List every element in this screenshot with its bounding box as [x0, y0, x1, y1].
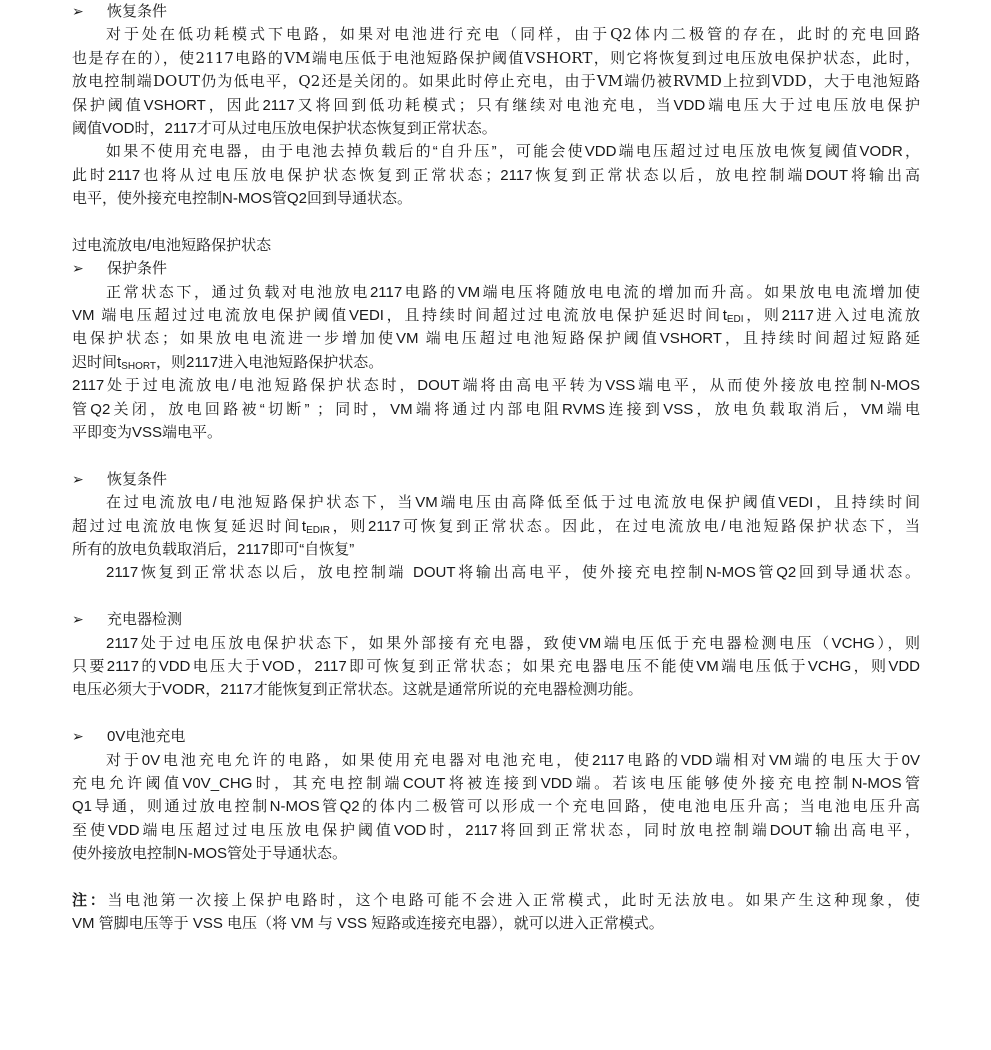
- document-page: ➢恢复条件 对于处在低功耗模式下电路，如果对电池进行充电（同样，由于Q2体内二极…: [72, 0, 920, 936]
- paragraph-line: 充电允许阈值V0V_CHG时，其充电控制端COUT将被连接到VDD端。若该电压能…: [72, 772, 920, 795]
- paragraph-line: 2117处于过电压放电保护状态下，如果外部接有充电器，致使VM端电压低于充电器检…: [72, 632, 920, 655]
- bullet-heading-recovery-2: ➢恢复条件: [72, 468, 920, 491]
- paragraph-line: 保护阈值VSHORT，因此2117又将回到低功耗模式；只有继续对电池充电，当VD…: [72, 94, 920, 117]
- paragraph-line: 电保护状态；如果放电电流进一步增加使VM 端电压超过电池短路保护阈值VSHORT…: [72, 327, 920, 350]
- paragraph-line: 对于0V电池充电允许的电路，如果使用充电器对电池充电，使2117电路的VDD端相…: [72, 749, 920, 772]
- paragraph-line: 至使VDD端电压超过过电压放电保护阈值VOD时，2117将回到正常状态，同时放电…: [72, 819, 920, 842]
- arrow-bullet-icon: ➢: [72, 609, 107, 632]
- spacer: [72, 865, 920, 888]
- spacer: [72, 211, 920, 234]
- spacer: [72, 702, 920, 725]
- paragraph-line: Q1导通，则通过放电控制N-MOS管Q2的体内二极管可以形成一个充电回路，使电池…: [72, 795, 920, 818]
- paragraph-line: 放电控制端DOUT仍为低电平，Q2还是关闭的。如果此时停止充电，由于VM端仍被R…: [72, 70, 920, 93]
- paragraph-line: 电压必须大于VODR，2117才能恢复到正常状态。这就是通常所说的充电器检测功能…: [72, 678, 920, 701]
- note-label: 注：: [72, 891, 107, 909]
- paragraph-line: VM 端电压超过过电流放电保护阈值VEDI，且持续时间超过过电流放电保护延迟时间…: [72, 304, 920, 327]
- note-line: VM 管脚电压等于 VSS 电压（将 VM 与 VSS 短路或连接充电器），就可…: [72, 912, 920, 935]
- paragraph-line: 电平，使外接充电控制N-MOS管Q2回到导通状态。: [72, 187, 920, 210]
- paragraph-line: 也是存在的），使2117电路的VM端电压低于电池短路保护阈值VSHORT，则它将…: [72, 47, 920, 70]
- paragraph-line: 2117处于过电流放电/电池短路保护状态时，DOUT端将由高电平转为VSS端电平…: [72, 374, 920, 397]
- paragraph-line: 管Q2关闭，放电回路被“切断” ；同时，VM端将通过内部电阻RVMS连接到VSS…: [72, 398, 920, 421]
- paragraph-line: 平即变为VSS端电平。: [72, 421, 920, 444]
- paragraph-line: 2117恢复到正常状态以后，放电控制端 DOUT将输出高电平，使外接充电控制N-…: [72, 561, 920, 584]
- paragraph-line: 只要2117的VDD电压大于VOD，2117即可恢复到正常状态；如果充电器电压不…: [72, 655, 920, 678]
- paragraph-line: 对于处在低功耗模式下电路，如果对电池进行充电（同样，由于Q2体内二极管的存在，此…: [72, 23, 920, 46]
- bullet-heading-recovery-1: ➢恢复条件: [72, 0, 920, 23]
- paragraph-line: 正常状态下，通过负载对电池放电2117电路的VM端电压将随放电电流的增加而升高。…: [72, 281, 920, 304]
- bullet-heading-0v-charging: ➢0V电池充电: [72, 725, 920, 748]
- paragraph-line: 使外接放电控制N-MOS管处于导通状态。: [72, 842, 920, 865]
- paragraph-line: 在过电流放电/电池短路保护状态下，当VM端电压由高降低至低于过电流放电保护阈值V…: [72, 491, 920, 514]
- arrow-bullet-icon: ➢: [72, 469, 107, 492]
- paragraph-line: 所有的放电负载取消后，2117即可“自恢复”: [72, 538, 920, 561]
- bullet-heading-protection: ➢保护条件: [72, 257, 920, 280]
- arrow-bullet-icon: ➢: [72, 258, 107, 281]
- paragraph-line: 阈值VOD时，2117才可从过电压放电保护状态恢复到正常状态。: [72, 117, 920, 140]
- arrow-bullet-icon: ➢: [72, 1, 107, 24]
- paragraph-line: 如果不使用充电器，由于电池去掉负载后的“自升压”，可能会使VDD端电压超过过电压…: [72, 140, 920, 163]
- note-line: 注：当电池第一次接上保护电路时，这个电路可能不会进入正常模式，此时无法放电。如果…: [72, 889, 920, 912]
- section-heading: 过电流放电/电池短路保护状态: [72, 234, 920, 257]
- spacer: [72, 585, 920, 608]
- paragraph-line: 迟时间tSHORT，则2117进入电池短路保护状态。: [72, 351, 920, 374]
- paragraph-line: 超过过电流放电恢复延迟时间tEDIR，则2117可恢复到正常状态。因此，在过电流…: [72, 515, 920, 538]
- spacer: [72, 444, 920, 467]
- arrow-bullet-icon: ➢: [72, 726, 107, 749]
- bullet-heading-charger-detection: ➢充电器检测: [72, 608, 920, 631]
- paragraph-line: 此时2117也将从过电压放电保护状态恢复到正常状态；2117恢复到正常状态以后，…: [72, 164, 920, 187]
